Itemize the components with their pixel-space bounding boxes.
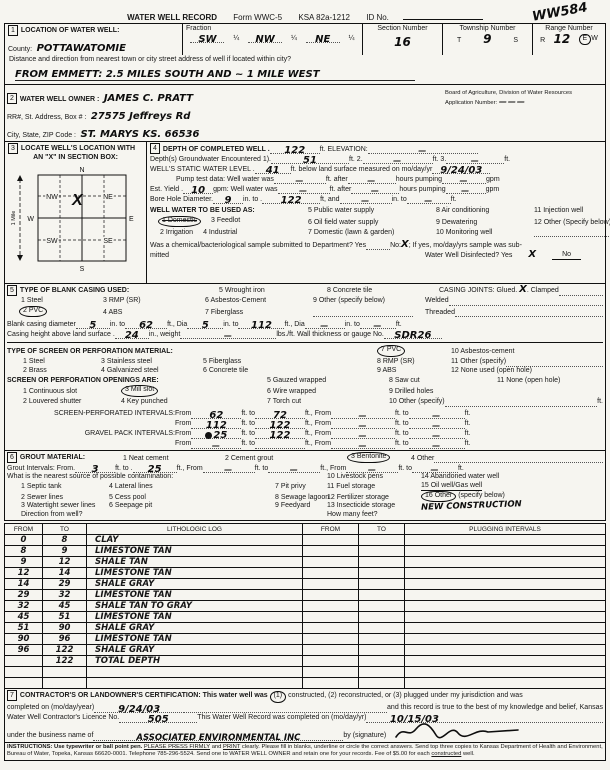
val-gauge: SDR26 xyxy=(394,330,431,341)
lbl-gw-2: ft. 2. xyxy=(349,156,363,164)
litho-to: 45 xyxy=(43,601,87,612)
opt-grout-3-circled: 3 Bentonite xyxy=(347,452,390,463)
form-number: Form WWC-5 xyxy=(233,13,282,22)
litho-row: 2932LIMESTONE TAN xyxy=(5,590,606,601)
litho-row xyxy=(5,667,606,678)
plug-desc xyxy=(405,601,606,612)
opt-opening-1: 1 Continuous slot xyxy=(7,388,121,396)
litho-from: 96 xyxy=(5,645,43,656)
lbl-grout-ftto: ft. to . xyxy=(115,465,133,473)
lbl-spi-from-2: From xyxy=(175,420,191,428)
opt-contam-4: 4 Lateral lines xyxy=(109,483,275,491)
litho-desc: LIMESTONE TAN xyxy=(87,568,303,579)
opt-screen-7-circled: 7 PVC xyxy=(377,345,405,356)
plug-to xyxy=(359,645,405,656)
lbl-screen-material: TYPE OF SCREEN OR PERFORATION MATERIAL: xyxy=(7,348,377,356)
lbl-and: and xyxy=(212,744,222,750)
lbl-gw-ft: ft. xyxy=(504,156,510,164)
plug-desc xyxy=(405,579,606,590)
val-licence-number: 505 xyxy=(148,714,169,725)
lbl-static-level: WELL'S STATIC WATER LEVEL . xyxy=(150,166,255,174)
litho-from: 29 xyxy=(5,590,43,601)
val-range-east-circled: E xyxy=(579,34,592,45)
opt-casing-8: 8 Concrete tile xyxy=(327,287,439,295)
litho-row: 9096LIMESTONE TAN xyxy=(5,634,606,645)
lbl-depth-completed: DEPTH OF COMPLETED WELL . xyxy=(163,146,270,154)
lbl-quarter-3: ¼ xyxy=(349,35,355,43)
litho-row: 08CLAY xyxy=(5,535,606,546)
litho-desc: SHALE TAN TO GRAY xyxy=(87,601,303,612)
lbl-pump-pumping: hours pumping xyxy=(396,176,442,184)
lbl-grout-ft: ft. xyxy=(458,465,464,473)
plug-from xyxy=(303,579,359,590)
lbl-grout: GROUT MATERIAL: xyxy=(20,454,85,461)
mark-constructed-circled: (1) xyxy=(270,691,287,702)
lithologic-log-table: FROM TO LITHOLOGIC LOG FROM TO PLUGGING … xyxy=(4,523,606,689)
lbl-gpi-ftto-1b: ft. to xyxy=(395,430,409,438)
grout-other-blank xyxy=(434,453,603,463)
lbl-gpi-from-1: From xyxy=(175,430,191,438)
lbl-yield-water: gpm: Well water was xyxy=(213,186,277,194)
litho-to: 12 xyxy=(43,557,87,568)
opt-opening-11: 11 None (open hole) xyxy=(497,377,560,385)
opt-screen-6: 6 Concrete tile xyxy=(203,367,377,375)
lbl-gpi-ft-1: ft. xyxy=(465,430,471,438)
section-4-number: 4 xyxy=(150,143,160,154)
litho-to: 8 xyxy=(43,535,87,546)
litho-to xyxy=(43,678,87,689)
lbl-press-firmly: PLEASE PRESS FIRMLY xyxy=(144,744,210,750)
litho-to xyxy=(43,667,87,678)
litho-to: 32 xyxy=(43,590,87,601)
opt-opening-3-circled: 3 Mill slot xyxy=(121,385,158,396)
litho-desc: LIMESTONE TAN xyxy=(87,612,303,623)
plug-to xyxy=(359,623,405,634)
lbl-sample-mitted: mitted xyxy=(150,252,169,260)
litho-row: 3245SHALE TAN TO GRAY xyxy=(5,601,606,612)
form-header: WATER WELL RECORD Form WWC-5 KSA 82a-121… xyxy=(4,4,606,24)
litho-desc: LIMESTONE TAN xyxy=(87,634,303,645)
opening-other-blank xyxy=(445,397,598,407)
opt-opening-5: 5 Gauzed wrapped xyxy=(267,377,389,385)
plug-to xyxy=(359,634,405,645)
section-2-owner: 2WATER WELL OWNER : JAMES C. PRATT RR#, … xyxy=(4,84,606,142)
lbl-d-ftdia-2: ft., Dia xyxy=(284,321,304,329)
lbl-welded: Welded xyxy=(425,297,449,305)
opt-use-11: 11 Injection well xyxy=(534,207,583,215)
lbl-fraction: Fraction xyxy=(186,25,359,33)
lbl-spi-ftto-1: ft. to xyxy=(241,410,255,418)
threaded-blank xyxy=(455,307,603,317)
val-bore-d1: 9 xyxy=(225,195,232,206)
section-1-location: 1LOCATION OF WATER WELL: County: POTTAWA… xyxy=(4,23,606,85)
lbl-spi-ft-2: ft. xyxy=(465,420,471,428)
lbl-bore-into-2: in. to xyxy=(392,196,407,204)
lbl-blank-casing: TYPE OF BLANK CASING USED: xyxy=(20,287,129,294)
val-fraction-2: NW xyxy=(255,34,274,45)
id-blank-line xyxy=(403,12,483,20)
val-casing-height: 24 xyxy=(125,330,139,341)
opt-casing-2-circled: 2 PVC xyxy=(19,306,47,317)
lbl-d-ftdia-1: ft., Dia xyxy=(167,321,187,329)
lbl-spi-ftto-2: ft. to xyxy=(241,420,255,428)
litho-row: 89LIMESTONE TAN xyxy=(5,546,606,557)
casing-other-blank xyxy=(313,307,413,317)
lbl-blank-diam: Blank casing diameter xyxy=(7,321,76,329)
range-cell: Range Number R12EW xyxy=(533,24,605,55)
lbl-bore-ftand: ft, and xyxy=(320,196,339,204)
lbl-openings: SCREEN OR PERFORATION OPENINGS ARE: xyxy=(7,377,267,385)
lbl-gpm-2: gpm xyxy=(486,186,500,194)
lbl-grout-ftto-2: ft. to xyxy=(255,465,269,473)
val-fraction-1: SW xyxy=(198,34,216,45)
lbl-groundwater: Depth(s) Groundwater Encountered 1). xyxy=(150,156,271,164)
opt-screen-9: 9 ABS xyxy=(377,367,451,375)
lbl-direction-from-well: Direction from well? xyxy=(21,511,327,519)
hdr-plugging-intervals: PLUGGING INTERVALS xyxy=(405,524,606,535)
litho-to: 51 xyxy=(43,612,87,623)
opt-contam-15-underlined: 15 Oil well/Gas well xyxy=(421,482,482,491)
opt-casing-3: 3 RMP (SR) xyxy=(103,297,205,305)
lbl-constructed: constructed xyxy=(431,751,461,757)
opt-casing-9: 9 Other (specify below) xyxy=(313,297,425,305)
opt-contam-9: 9 Feedyard xyxy=(275,502,327,510)
section-1-number: 1 xyxy=(8,25,18,36)
lbl-gpm-1: gpm xyxy=(486,176,500,184)
lbl-locate-2: AN "X" IN SECTION BOX: xyxy=(33,154,118,161)
mark-disinfected-yes-x: X xyxy=(528,250,536,260)
ink-blot xyxy=(205,432,212,439)
opt-casing-7: 7 Fiberglass xyxy=(205,309,313,317)
lbl-gpi-ft-2: ft. xyxy=(465,440,471,448)
opt-contam-5: 5 Cess pool xyxy=(109,494,275,502)
lbl-spi-ftto-1b: ft. to xyxy=(395,410,409,418)
litho-from: 12 xyxy=(5,568,43,579)
opt-opening-7: 7 Torch cut xyxy=(267,398,389,406)
lbl-pump-test: Pump test data: Well water was xyxy=(176,176,274,184)
plug-desc xyxy=(405,623,606,634)
litho-from: 14 xyxy=(5,579,43,590)
lbl-licence: Water Well Contractor's Licence No. xyxy=(7,714,119,722)
opt-grout-1: 1 Neat cement xyxy=(123,455,225,463)
opt-use-5: 5 Public water supply xyxy=(308,207,436,215)
val-casing-d1: 5 xyxy=(89,320,96,331)
litho-desc xyxy=(87,678,303,689)
val-groundwater-1: 51 xyxy=(303,155,317,166)
val-gpi2-from: — xyxy=(212,441,221,450)
lbl-pump-after: ft. after xyxy=(326,176,348,184)
litho-from xyxy=(5,678,43,689)
plug-from xyxy=(303,535,359,546)
section-3-4: 3LOCATE WELL'S LOCATION WITH AN "X" IN S… xyxy=(4,141,606,283)
lbl-grout-ftto-3: ft. to xyxy=(398,465,412,473)
section-4-well-data: 4DEPTH OF COMPLETED WELL .122ft. ELEVATI… xyxy=(147,142,610,282)
val-casing-ft3: — xyxy=(373,321,382,330)
val-groundwater-2: — xyxy=(393,156,402,165)
val-bore-d2: — xyxy=(361,196,370,205)
opt-contam-14: 14 Abandoned water well xyxy=(421,473,499,481)
plug-from xyxy=(303,645,359,656)
quad-nw: NW xyxy=(46,194,58,201)
opt-use-8: 8 Air conditioning xyxy=(436,207,534,215)
section-5-casing: 5TYPE OF BLANK CASING USED:5 Wrought iro… xyxy=(4,283,606,451)
lbl-section-number: Section Number xyxy=(366,25,439,33)
lbl-bore-into: in. to . xyxy=(243,196,262,204)
plug-from xyxy=(303,601,359,612)
litho-to: 96 xyxy=(43,634,87,645)
opt-contam-1: 1 Septic tank xyxy=(21,483,109,491)
plug-desc xyxy=(405,568,606,579)
opt-opening-10: 10 Other (specify) xyxy=(389,398,445,406)
plug-desc xyxy=(405,612,606,623)
county-cell: 1LOCATION OF WATER WELL: County: POTTAWA… xyxy=(5,24,183,55)
val-bore-ft2: — xyxy=(424,196,433,205)
cert-blank-1 xyxy=(184,703,387,713)
opt-use-9: 9 Dewatering xyxy=(436,219,534,227)
opt-contam-7: 7 Pit privy xyxy=(275,483,327,491)
quad-se: SE xyxy=(103,238,113,245)
form-title: WATER WELL RECORD xyxy=(127,13,217,22)
lbl-s: S xyxy=(513,37,518,45)
signature-scribble xyxy=(392,723,522,741)
lbl-locate-1: LOCATE WELL'S LOCATION WITH xyxy=(21,145,135,152)
plug-from xyxy=(303,590,359,601)
lbl-well: well. xyxy=(463,751,475,757)
plug-to xyxy=(359,535,405,546)
lbl-how-many-feet: How many feet? xyxy=(327,511,378,519)
opt-contam-13: 13 Insecticide storage xyxy=(327,502,421,510)
litho-row: 1214LIMESTONE TAN xyxy=(5,568,606,579)
lbl-grout-ftfrom-2: ft., From xyxy=(177,465,203,473)
plug-to xyxy=(359,656,405,667)
hdr-lithologic-log: LITHOLOGIC LOG xyxy=(87,524,303,535)
val-address: 27575 Jeffreys Rd xyxy=(91,112,191,122)
val-application-number: ——— xyxy=(499,97,526,106)
quad-ne: NE xyxy=(103,194,113,201)
clamped-blank xyxy=(559,286,603,296)
well-x-mark: X xyxy=(71,192,84,209)
opt-contam-2: 2 Sewer lines xyxy=(21,494,109,502)
lbl-weight: in., weight xyxy=(149,331,181,339)
litho-row: 5190SHALE GRAY xyxy=(5,623,606,634)
lbl-one-mile: 1 Mile xyxy=(11,210,17,225)
litho-desc: LIMESTONE TAN xyxy=(87,590,303,601)
lbl-grout-intervals: Grout Intervals: From. xyxy=(7,465,75,473)
township-cell: Township Number T9S xyxy=(443,24,533,55)
opt-screen-10: 10 Asbestos-cement xyxy=(451,348,514,356)
opt-contam-6: 6 Seepage pit xyxy=(109,502,275,510)
compass-e: E xyxy=(129,216,134,223)
val-bore-ft1: 122 xyxy=(281,195,302,206)
lbl-disinfected-no: No xyxy=(552,251,581,260)
litho-to: 29 xyxy=(43,579,87,590)
lbl-quarter-1: ¼ xyxy=(233,35,239,43)
plug-desc xyxy=(405,590,606,601)
plug-to xyxy=(359,546,405,557)
lbl-gauge: lbs./ft. Wall thickness or gauge No. xyxy=(276,331,384,339)
plug-desc xyxy=(405,634,606,645)
plug-desc xyxy=(405,546,606,557)
plug-from xyxy=(303,667,359,678)
lbl-used-as: WELL WATER TO BE USED AS: xyxy=(150,207,308,215)
compass-w: W xyxy=(27,216,34,223)
litho-row: 96122SHALE GRAY xyxy=(5,645,606,656)
plug-from xyxy=(303,623,359,634)
opt-screen-3: 3 Stainless steel xyxy=(101,358,203,366)
lbl-gpi-ftfrom-1: ft., From xyxy=(305,430,331,438)
mark-sample-no-x: X xyxy=(401,240,409,250)
lbl-spi-from-1: From xyxy=(175,410,191,418)
opt-screen-2: 2 Brass xyxy=(7,367,101,375)
plug-from xyxy=(303,557,359,568)
litho-to: 122 xyxy=(43,656,87,667)
litho-row xyxy=(5,678,606,689)
opt-contam-10: 10 Livestock pens xyxy=(327,473,421,481)
opt-opening-8: 8 Saw cut xyxy=(389,377,497,385)
opt-use-7: 7 Domestic (lawn & garden) xyxy=(308,229,436,237)
litho-row: 122TOTAL DEPTH xyxy=(5,656,606,667)
opt-casing-5: 5 Wrought iron xyxy=(219,287,327,295)
litho-desc: TOTAL DEPTH xyxy=(87,656,303,667)
plug-to xyxy=(359,601,405,612)
opt-screen-5: 5 Fiberglass xyxy=(203,358,377,366)
lbl-t: T xyxy=(457,37,461,45)
lbl-city: City, State, ZIP Code : xyxy=(7,132,76,140)
plug-from xyxy=(303,678,359,689)
opt-opening-6: 6 Wire wrapped xyxy=(267,388,389,396)
screen-other-blank xyxy=(506,357,603,367)
section-box-diagram: N NW NE SW SE W E S 1 Mile X xyxy=(8,163,144,277)
lbl-certification: CONTRACTOR'S OR LANDOWNER'S CERTIFICATIO… xyxy=(20,692,268,699)
litho-from: 32 xyxy=(5,601,43,612)
litho-to: 9 xyxy=(43,546,87,557)
litho-from: 90 xyxy=(5,634,43,645)
val-gpi2-to2: — xyxy=(432,441,441,450)
opt-opening-2: 2 Louvered shutter xyxy=(7,398,121,406)
lbl-disinfected: Water Well Disinfected? Yes xyxy=(425,252,513,260)
val-distance: FROM EMMETT: 2.5 MILES SOUTH AND ~ 1 MIL… xyxy=(15,70,415,81)
litho-desc: CLAY xyxy=(87,535,303,546)
lbl-d-into-3: in. to xyxy=(345,321,360,329)
opt-opening-9: 9 Drilled holes xyxy=(389,388,433,396)
instructions-box: INSTRUCTIONS: Use typewriter or ball poi… xyxy=(4,742,606,762)
opt-contam-11: 11 Fuel storage xyxy=(327,483,421,491)
opt-casing-6: 6 Asbestos-Cement xyxy=(205,297,313,305)
opt-screen-11: 11 Other (specify) xyxy=(451,358,506,366)
opt-casing-1: 1 Steel xyxy=(7,297,103,305)
lbl-sample-ifyes: ; If yes, mo/day/yrs sample was sub- xyxy=(409,242,522,250)
val-gpi2-from2: — xyxy=(359,441,368,450)
form-id-label: ID No. xyxy=(366,13,389,22)
lbl-casing-joints: CASING JOINTS: Glued. xyxy=(439,287,517,294)
lbl-est-yield: Est. Yield . xyxy=(150,186,183,194)
lbl-completed-on: completed on (mo/day/year) xyxy=(7,704,94,712)
welded-blank xyxy=(449,296,603,306)
lbl-print: PRINT xyxy=(223,744,240,750)
section-number-cell: Section Number 16 xyxy=(363,24,443,55)
plug-from xyxy=(303,656,359,667)
opt-use-1-circled: 1 Domestic xyxy=(158,216,201,227)
lbl-spi-ftfrom-1: ft., From xyxy=(305,410,331,418)
plug-from xyxy=(303,568,359,579)
plug-from xyxy=(303,612,359,623)
opt-use-3: 3 Feedlot xyxy=(211,217,240,224)
lbl-r: R xyxy=(540,37,545,45)
opt-grout-2: 2 Cement grout xyxy=(225,455,347,463)
lbl-gpi-ftfrom-2: ft., From xyxy=(305,440,331,448)
opt-contam-16-circled: 16 Other xyxy=(421,491,456,502)
lbl-address: RR#, St. Address, Box # : xyxy=(7,114,86,122)
lbl-grout-ftfrom-3: ft., From xyxy=(320,465,346,473)
lbl-location: LOCATION OF WATER WELL: xyxy=(21,27,120,34)
opt-use-4: 4 Industrial xyxy=(203,229,237,236)
hdr-plug-from: FROM xyxy=(303,524,359,535)
hdr-plug-to: TO xyxy=(359,524,405,535)
lbl-west: W xyxy=(591,35,598,42)
lbl-contamination-q: What is the nearest source of possible c… xyxy=(7,473,327,481)
val-county: POTTAWATOMIE xyxy=(37,44,126,54)
litho-row: 4551LIMESTONE TAN xyxy=(5,612,606,623)
lbl-gpi-ftto-2b: ft. to xyxy=(395,440,409,448)
litho-desc: SHALE TAN xyxy=(87,557,303,568)
plug-to xyxy=(359,678,405,689)
litho-from: 9 xyxy=(5,557,43,568)
use-other-blank xyxy=(534,227,610,237)
opt-contam-16-specify: (specify below) xyxy=(458,492,505,499)
quad-sw: SW xyxy=(46,238,58,245)
val-city: ST. MARYS KS. 66536 xyxy=(80,130,199,140)
lbl-cert-rest: constructed, (2) reconstructed, or (3) p… xyxy=(288,692,523,699)
lbl-d-into-1: in. to xyxy=(110,321,125,329)
lbl-record-true: and this record is true to the best of m… xyxy=(387,704,603,712)
plug-desc xyxy=(405,535,606,546)
plug-to xyxy=(359,568,405,579)
lbl-gw-3: ft. 3. xyxy=(433,156,447,164)
opt-screen-12: 12 None used (open hole) xyxy=(451,367,532,375)
val-casing-d3: — xyxy=(320,321,329,330)
lbl-d-ft: ft. xyxy=(396,321,402,329)
lbl-gravel-intervals: GRAVEL PACK INTERVALS: xyxy=(7,430,175,438)
section-3-number: 3 xyxy=(8,143,18,154)
val-range: 12 xyxy=(554,33,571,45)
litho-header-row: FROM TO LITHOLOGIC LOG FROM TO PLUGGING … xyxy=(5,524,606,535)
litho-to: 90 xyxy=(43,623,87,634)
lbl-gpi-ftto-1: ft. to xyxy=(241,430,255,438)
plug-to xyxy=(359,557,405,568)
lbl-opening-ft: ft. xyxy=(597,398,603,406)
section-5-number: 5 xyxy=(7,285,17,296)
plug-desc xyxy=(405,678,606,689)
plug-desc xyxy=(405,645,606,656)
lbl-quarter-2: ¼ xyxy=(291,35,297,43)
plug-to xyxy=(359,579,405,590)
litho-from: 8 xyxy=(5,546,43,557)
plug-to xyxy=(359,612,405,623)
litho-from: 45 xyxy=(5,612,43,623)
litho-row: 912SHALE TAN xyxy=(5,557,606,568)
val-yield-gpm: — xyxy=(461,186,470,195)
opt-use-10: 10 Monitoring well xyxy=(436,229,534,237)
opt-use-2: 2 Irrigation xyxy=(160,229,193,236)
lbl-gpi-from-2: From xyxy=(175,440,191,448)
val-est-yield: 10 xyxy=(191,185,205,196)
lbl-yield-after: ft. after xyxy=(330,186,352,194)
lbl-static-rest: ft. below land surface measured on mo/da… xyxy=(291,166,433,174)
form-ksa: KSA 82a-1212 xyxy=(298,13,350,22)
val-weight: — xyxy=(224,331,233,340)
lbl-threaded: Threaded xyxy=(425,309,455,317)
val-owner-name: JAMES C. PRATT xyxy=(104,94,193,104)
